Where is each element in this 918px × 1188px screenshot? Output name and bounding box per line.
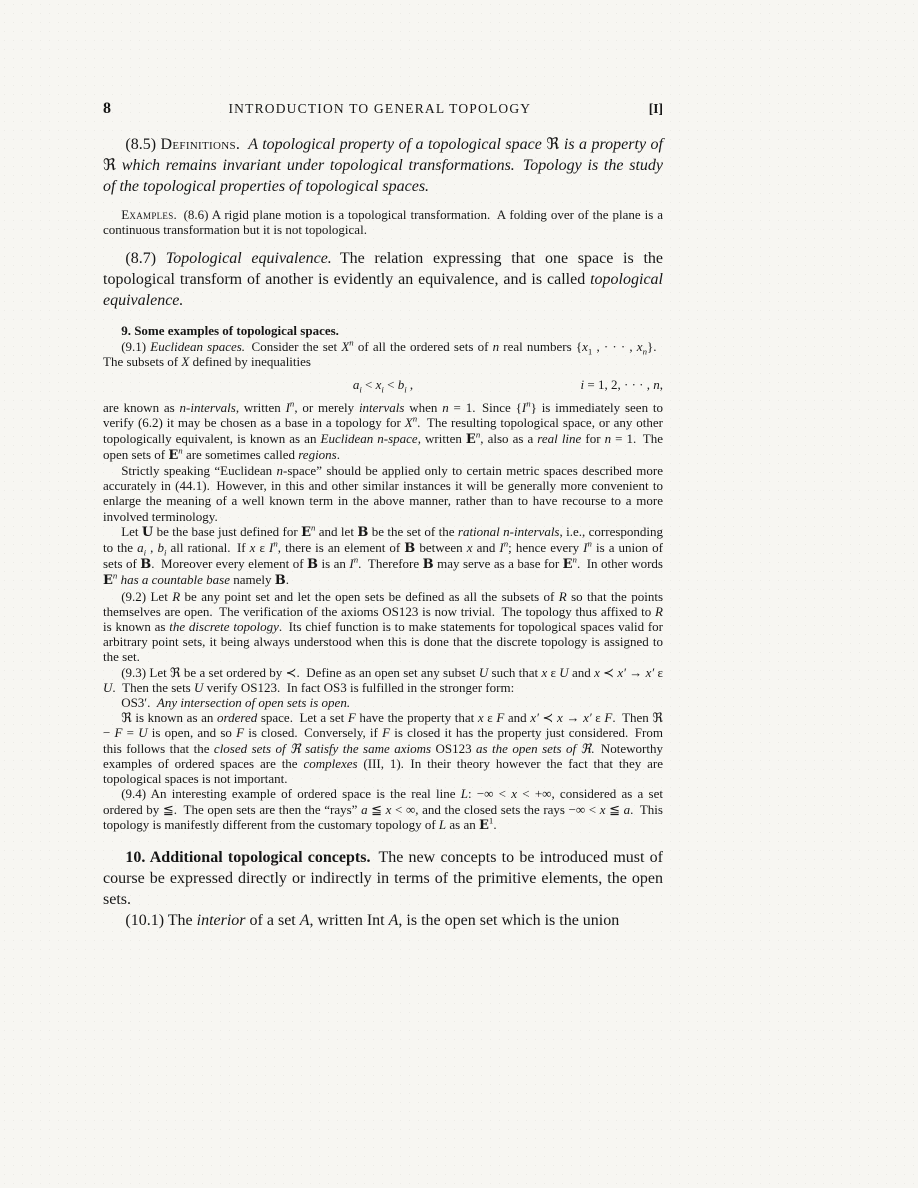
paragraph-8-7-topological-equivalence: (8.7) Topological equivalence. The relat… xyxy=(103,248,663,311)
paragraph-n-intervals: are known as n-intervals, written In, or… xyxy=(103,400,663,463)
paragraph-strictly-speaking: Strictly speaking “Euclidean n-space” sh… xyxy=(103,463,663,524)
equation-index-range: i = 1, 2, · · · , n, xyxy=(581,377,663,392)
paragraph-8-5-definitions: (8.5) Definitions. A topological propert… xyxy=(103,134,663,197)
paragraph-9-4-real-line: (9.4) An interesting example of ordered … xyxy=(103,786,663,833)
text-block: 8 INTRODUCTION TO GENERAL TOPOLOGY [I] (… xyxy=(103,100,663,931)
display-equation: ai < xi < bi , i = 1, 2, · · · , n, xyxy=(103,377,663,392)
section-10-heading: 10. Additional topological concepts. The… xyxy=(103,847,663,910)
paragraph-9-1-euclidean-spaces: (9.1) Euclidean spaces. Consider the set… xyxy=(103,339,663,369)
paragraph-9-3-ordered-sets: (9.3) Let ℜ be a set ordered by ≺. Defin… xyxy=(103,665,663,695)
running-head: 8 INTRODUCTION TO GENERAL TOPOLOGY [I] xyxy=(103,100,663,118)
paragraph-8-6-examples: Examples. (8.6) A rigid plane motion is … xyxy=(103,207,663,237)
section-9-heading: 9. Some examples of topological spaces. xyxy=(103,323,663,338)
paragraph-9-2-discrete-topology: (9.2) Let R be any point set and let the… xyxy=(103,589,663,665)
page-number: 8 xyxy=(103,100,111,118)
paragraph-countable-base: Let U be the base just defined for En an… xyxy=(103,524,663,589)
equation-inequality: ai < xi < bi , xyxy=(353,377,413,392)
chapter-folio: [I] xyxy=(649,101,663,117)
paragraph-ordered-space: ℜ is known as an ordered space. Let a se… xyxy=(103,710,663,786)
paragraph-10-1-interior: (10.1) The interior of a set A, written … xyxy=(103,910,663,931)
running-title: INTRODUCTION TO GENERAL TOPOLOGY xyxy=(228,101,531,117)
paragraph-os3-prime: OS3′. Any intersection of open sets is o… xyxy=(103,695,663,710)
book-page: 8 INTRODUCTION TO GENERAL TOPOLOGY [I] (… xyxy=(0,0,918,1188)
